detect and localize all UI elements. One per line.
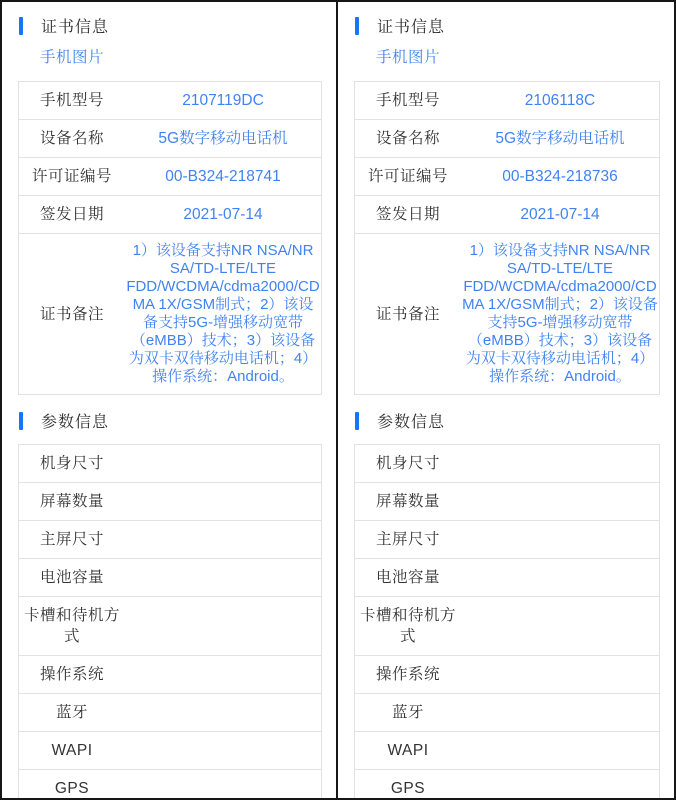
row-label: 电池容量: [355, 559, 462, 597]
row-label: 许可证编号: [19, 158, 126, 196]
row-label: 屏幕数量: [355, 483, 462, 521]
row-value-empty: [125, 694, 322, 732]
row-value-empty: [461, 770, 660, 799]
table-row: 机身尺寸: [355, 445, 660, 483]
row-label: WAPI: [19, 732, 126, 770]
row-value-empty: [461, 559, 660, 597]
row-value: 2021-07-14: [461, 196, 660, 234]
accent-bar-icon: [19, 412, 23, 430]
row-value: 5G数字移动电话机: [461, 120, 660, 158]
row-label: 操作系统: [355, 656, 462, 694]
table-row: 电池容量: [355, 559, 660, 597]
row-label: 手机型号: [19, 82, 126, 120]
certificate-panel-right: 证书信息 手机图片 手机型号 2106118C 设备名称 5G数字移动电话机 许…: [338, 2, 674, 798]
table-row: 手机型号 2107119DC: [19, 82, 322, 120]
row-value-empty: [125, 445, 322, 483]
row-label: 许可证编号: [355, 158, 462, 196]
row-label: 签发日期: [19, 196, 126, 234]
param-info-section-header: 参数信息: [355, 411, 660, 430]
table-row: 许可证编号 00-B324-218741: [19, 158, 322, 196]
row-label: 设备名称: [19, 120, 126, 158]
table-row: 设备名称 5G数字移动电话机: [19, 120, 322, 158]
row-value-empty: [461, 656, 660, 694]
row-value: 5G数字移动电话机: [125, 120, 322, 158]
cert-info-title: 证书信息: [41, 14, 109, 37]
phone-photos-link[interactable]: 手机图片: [376, 49, 440, 67]
row-value-empty: [461, 597, 660, 656]
table-row: 主屏尺寸: [19, 521, 322, 559]
row-value: 2106118C: [461, 82, 660, 120]
row-value-empty: [125, 597, 322, 656]
cert-info-section-header: 证书信息: [355, 16, 660, 35]
param-info-section-header: 参数信息: [19, 411, 322, 430]
row-value-empty: [461, 732, 660, 770]
row-label: 机身尺寸: [355, 445, 462, 483]
param-info-title: 参数信息: [377, 409, 445, 432]
row-value-empty: [125, 521, 322, 559]
accent-bar-icon: [355, 17, 359, 35]
cert-info-title: 证书信息: [377, 14, 445, 37]
row-value-empty: [461, 521, 660, 559]
cert-info-section-header: 证书信息: [19, 16, 322, 35]
param-info-title: 参数信息: [41, 409, 109, 432]
table-row: 证书备注 1）该设备支持NR NSA/NR SA/TD-LTE/LTE FDD/…: [19, 234, 322, 395]
param-info-table: 机身尺寸 屏幕数量 主屏尺寸 电池容量 卡槽和待机方式: [18, 444, 322, 798]
row-label: GPS: [19, 770, 126, 799]
table-row: 卡槽和待机方式: [19, 597, 322, 656]
table-row: 蓝牙: [19, 694, 322, 732]
row-label: 屏幕数量: [19, 483, 126, 521]
row-value: 1）该设备支持NR NSA/NR SA/TD-LTE/LTE FDD/WCDMA…: [461, 234, 660, 395]
accent-bar-icon: [19, 17, 23, 35]
row-label: 卡槽和待机方式: [19, 597, 126, 656]
row-label: 电池容量: [19, 559, 126, 597]
table-row: 卡槽和待机方式: [355, 597, 660, 656]
table-row: WAPI: [19, 732, 322, 770]
table-row: GPS: [19, 770, 322, 799]
row-label: GPS: [355, 770, 462, 799]
row-label: 操作系统: [19, 656, 126, 694]
row-label: 证书备注: [355, 234, 462, 395]
row-value-empty: [125, 483, 322, 521]
table-row: 证书备注 1）该设备支持NR NSA/NR SA/TD-LTE/LTE FDD/…: [355, 234, 660, 395]
row-value-empty: [125, 770, 322, 799]
row-value: 1）该设备支持NR NSA/NR SA/TD-LTE/LTE FDD/WCDMA…: [125, 234, 322, 395]
row-label: 主屏尺寸: [355, 521, 462, 559]
table-row: WAPI: [355, 732, 660, 770]
row-label: 蓝牙: [355, 694, 462, 732]
cert-info-table: 手机型号 2106118C 设备名称 5G数字移动电话机 许可证编号 00-B3…: [354, 81, 660, 395]
row-label: 设备名称: [355, 120, 462, 158]
param-info-table: 机身尺寸 屏幕数量 主屏尺寸 电池容量 卡槽和待机方式: [354, 444, 660, 798]
row-value: 2107119DC: [125, 82, 322, 120]
row-value-empty: [125, 656, 322, 694]
table-row: 手机型号 2106118C: [355, 82, 660, 120]
table-row: 操作系统: [355, 656, 660, 694]
row-label: 主屏尺寸: [19, 521, 126, 559]
certificate-panel-left: 证书信息 手机图片 手机型号 2107119DC 设备名称 5G数字移动电话机 …: [2, 2, 338, 798]
table-row: 设备名称 5G数字移动电话机: [355, 120, 660, 158]
row-label: WAPI: [355, 732, 462, 770]
dual-certificate-view: 证书信息 手机图片 手机型号 2107119DC 设备名称 5G数字移动电话机 …: [0, 0, 676, 800]
row-value-empty: [125, 559, 322, 597]
row-value: 00-B324-218736: [461, 158, 660, 196]
row-label: 机身尺寸: [19, 445, 126, 483]
table-row: 屏幕数量: [355, 483, 660, 521]
table-row: 签发日期 2021-07-14: [355, 196, 660, 234]
row-value-empty: [125, 732, 322, 770]
phone-photos-link[interactable]: 手机图片: [40, 49, 104, 67]
table-row: 主屏尺寸: [355, 521, 660, 559]
cert-info-table: 手机型号 2107119DC 设备名称 5G数字移动电话机 许可证编号 00-B…: [18, 81, 322, 395]
table-row: 屏幕数量: [19, 483, 322, 521]
table-row: 电池容量: [19, 559, 322, 597]
row-value-empty: [461, 483, 660, 521]
table-row: 机身尺寸: [19, 445, 322, 483]
row-value: 00-B324-218741: [125, 158, 322, 196]
accent-bar-icon: [355, 412, 359, 430]
table-row: 蓝牙: [355, 694, 660, 732]
row-label: 手机型号: [355, 82, 462, 120]
row-value: 2021-07-14: [125, 196, 322, 234]
table-row: 操作系统: [19, 656, 322, 694]
row-label: 证书备注: [19, 234, 126, 395]
row-label: 签发日期: [355, 196, 462, 234]
table-row: 许可证编号 00-B324-218736: [355, 158, 660, 196]
table-row: GPS: [355, 770, 660, 799]
row-label: 卡槽和待机方式: [355, 597, 462, 656]
row-value-empty: [461, 445, 660, 483]
row-value-empty: [461, 694, 660, 732]
table-row: 签发日期 2021-07-14: [19, 196, 322, 234]
row-label: 蓝牙: [19, 694, 126, 732]
